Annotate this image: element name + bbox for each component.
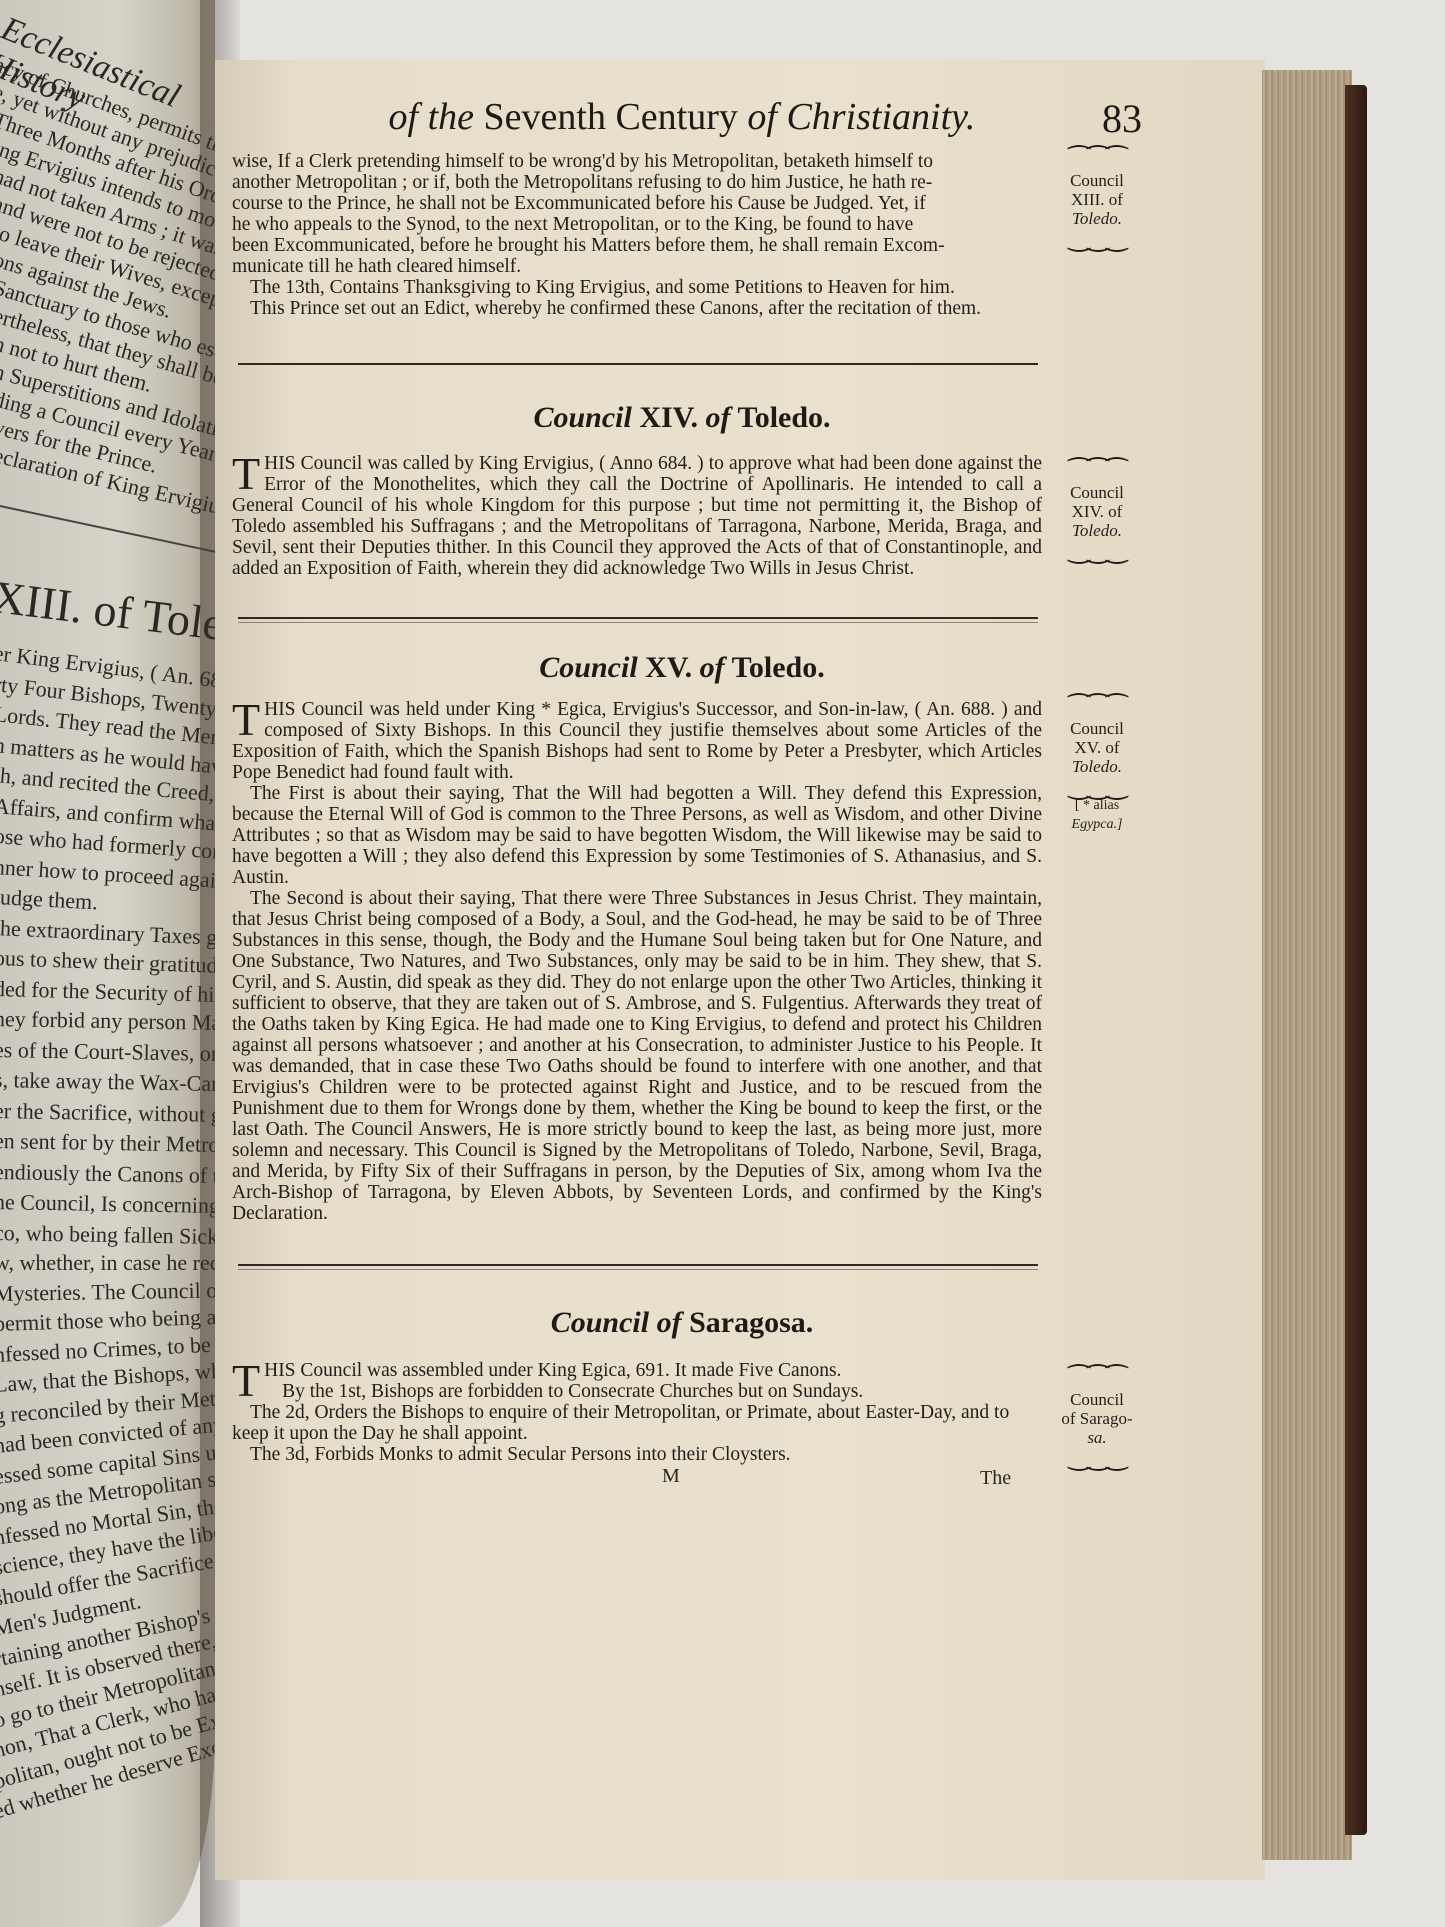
left-text-line: judge them. bbox=[0, 884, 98, 915]
brace-ornament-icon: ‿‿‿ bbox=[1052, 540, 1142, 560]
page-fore-edge bbox=[1262, 70, 1352, 1860]
drop-cap: T bbox=[232, 1362, 260, 1400]
paragraph-13th-canon: The 13th, Contains Thanksgiving to King … bbox=[232, 277, 1042, 298]
paragraph: The 3d, Forbids Monks to admit Secular P… bbox=[232, 1444, 1042, 1465]
title-number: XV. bbox=[645, 651, 692, 684]
left-text-line: Mysteries. The Council orda bbox=[0, 1277, 215, 1307]
right-page-content: of the Seventh Century of Christianity. … bbox=[232, 95, 1132, 1495]
margin-note-council-xiii: ⁀⁀⁀ Council XIII. of Toledo. ‿‿‿ bbox=[1052, 151, 1142, 248]
margin-note-line: XV. of bbox=[1052, 738, 1142, 757]
section-divider bbox=[238, 617, 1038, 619]
left-page: Ecclesiastical History ncy of Churches, … bbox=[0, 0, 215, 1927]
council-xiii-continued: wise, If a Clerk pretending himself to b… bbox=[232, 151, 1132, 319]
page-number: 83 bbox=[1102, 95, 1142, 142]
margin-note-alias: Egypca.] bbox=[1052, 815, 1142, 834]
text-line: municate till he hath cleared himself. bbox=[232, 256, 1042, 277]
text-line: wise, If a Clerk pretending himself to b… bbox=[232, 151, 1042, 172]
running-head: of the Seventh Century of Christianity. … bbox=[232, 95, 1132, 155]
margin-note-line: XIV. of bbox=[1052, 502, 1142, 521]
running-head-christianity: Christianity. bbox=[786, 96, 975, 138]
title-place: Toledo. bbox=[737, 401, 830, 434]
signature-mark: M bbox=[662, 1465, 680, 1488]
paragraph: HIS Council was assembled under King Egi… bbox=[264, 1360, 841, 1381]
margin-note-line: Council bbox=[1052, 719, 1142, 738]
paragraph-edict: This Prince set out an Edict, whereby he… bbox=[232, 298, 1042, 319]
left-text-line: en sent for by their Metropol bbox=[0, 1128, 215, 1158]
text-line: been Excommunicated, before he brought h… bbox=[232, 235, 1042, 256]
brace-ornament-icon: ‿‿‿ bbox=[1052, 228, 1142, 248]
left-text-line: endiously the Canons of the bbox=[0, 1159, 215, 1189]
left-text-line: ous to shew their gratitude to the bbox=[0, 945, 215, 981]
left-text-line: co, who being fallen Sick had bbox=[0, 1220, 215, 1251]
drop-cap: T bbox=[232, 455, 260, 493]
council-xiv-text: T HIS Council was called by King Ervigiu… bbox=[232, 453, 1042, 579]
title-word: Council bbox=[533, 401, 631, 434]
margin-note-line: Council bbox=[1052, 1390, 1142, 1409]
left-text-line: ded for the Security of his Chil bbox=[0, 976, 215, 1009]
left-text-line: er the Sacrifice, without gre bbox=[0, 1098, 215, 1128]
margin-note-line: XIII. of bbox=[1052, 190, 1142, 209]
margin-note-line: Council bbox=[1052, 171, 1142, 190]
left-text-line: w, whether, in case he recovere bbox=[0, 1250, 215, 1276]
text-line: course to the Prince, he shall not be Ex… bbox=[232, 193, 1042, 214]
brace-ornament-icon: ⁀⁀⁀ bbox=[1052, 1370, 1142, 1390]
brace-ornament-icon: ‿‿‿ bbox=[1052, 776, 1142, 796]
title-word: of bbox=[657, 1306, 682, 1339]
margin-note-alias: [ * alias bbox=[1052, 796, 1142, 815]
title-number: XIV. bbox=[639, 401, 698, 434]
drop-cap: T bbox=[232, 701, 260, 739]
brace-ornament-icon: ‿‿‿ bbox=[1052, 1447, 1142, 1467]
catchword: The bbox=[980, 1467, 1011, 1490]
paragraph: The First is about their saying, That th… bbox=[232, 783, 1042, 888]
running-head-of: of bbox=[747, 96, 777, 138]
left-text-line: permit those who being at the po bbox=[0, 1302, 215, 1337]
title-word: Council bbox=[539, 651, 637, 684]
title-word: of bbox=[700, 651, 725, 684]
margin-note-council-xv: ⁀⁀⁀ Council XV. of Toledo. ‿‿‿ [ * alias… bbox=[1052, 699, 1142, 834]
left-text-line: es of the Court-Slaves, or fo bbox=[0, 1037, 215, 1067]
paragraph: By the 1st, Bishops are forbidden to Con… bbox=[232, 1381, 1042, 1402]
brace-ornament-icon: ⁀⁀⁀ bbox=[1052, 151, 1142, 171]
margin-note-council-saragosa: ⁀⁀⁀ Council of Sarago- sa. ‿‿‿ bbox=[1052, 1370, 1142, 1467]
margin-note-line: of Sarago- bbox=[1052, 1409, 1142, 1428]
running-head-of-the: of the bbox=[389, 96, 474, 138]
section-title-council-xv: Council XV. of Toledo. bbox=[232, 651, 1132, 685]
margin-note-council-xiv: ⁀⁀⁀ Council XIV. of Toledo. ‿‿‿ bbox=[1052, 463, 1142, 560]
section-divider bbox=[238, 1264, 1038, 1266]
left-section-rule bbox=[0, 505, 215, 555]
paragraph: The Second is about their saying, That t… bbox=[232, 888, 1042, 1224]
running-head-seventh-century: Seventh Century bbox=[484, 96, 738, 138]
paragraph: HIS Council was held under King * Egica,… bbox=[232, 699, 1042, 783]
council-xv-text: THIS Council was held under King * Egica… bbox=[232, 699, 1042, 1224]
brace-ornament-icon: ⁀⁀⁀ bbox=[1052, 463, 1142, 483]
left-text-line: s, take away the Wax-Cand bbox=[0, 1067, 215, 1097]
title-word: of bbox=[705, 401, 730, 434]
left-text-line: he Council, Is concerning a diff bbox=[0, 1189, 215, 1220]
council-saragosa: Council of Saragosa. THIS Council was as… bbox=[232, 1306, 1132, 1465]
title-word: Council bbox=[551, 1306, 649, 1339]
margin-note-line: Council bbox=[1052, 483, 1142, 502]
title-place: Toledo. bbox=[732, 651, 825, 684]
council-saragosa-text: THIS Council was assembled under King Eg… bbox=[232, 1360, 1042, 1465]
paragraph: HIS Council was called by King Ervigius,… bbox=[232, 453, 1042, 579]
left-text-line: hey forbid any person Marri bbox=[0, 1006, 215, 1036]
title-place: Saragosa. bbox=[689, 1306, 813, 1339]
council-xv: Council XV. of Toledo. THIS Council was … bbox=[232, 651, 1132, 1224]
section-title-council-saragosa: Council of Saragosa. bbox=[232, 1306, 1132, 1340]
section-title-council-xiv: Council XIV. of Toledo. bbox=[232, 401, 1132, 435]
brace-ornament-icon: ⁀⁀⁀ bbox=[1052, 699, 1142, 719]
book-cover-edge bbox=[1345, 85, 1367, 1835]
paragraph: The 2d, Orders the Bishops to enquire of… bbox=[232, 1402, 1042, 1444]
text-line: another Metropolitan ; or if, both the M… bbox=[232, 172, 1042, 193]
text-line: he who appeals to the Synod, to the next… bbox=[232, 214, 1042, 235]
council-xiv: Council XIV. of Toledo. T HIS Council wa… bbox=[232, 401, 1132, 579]
